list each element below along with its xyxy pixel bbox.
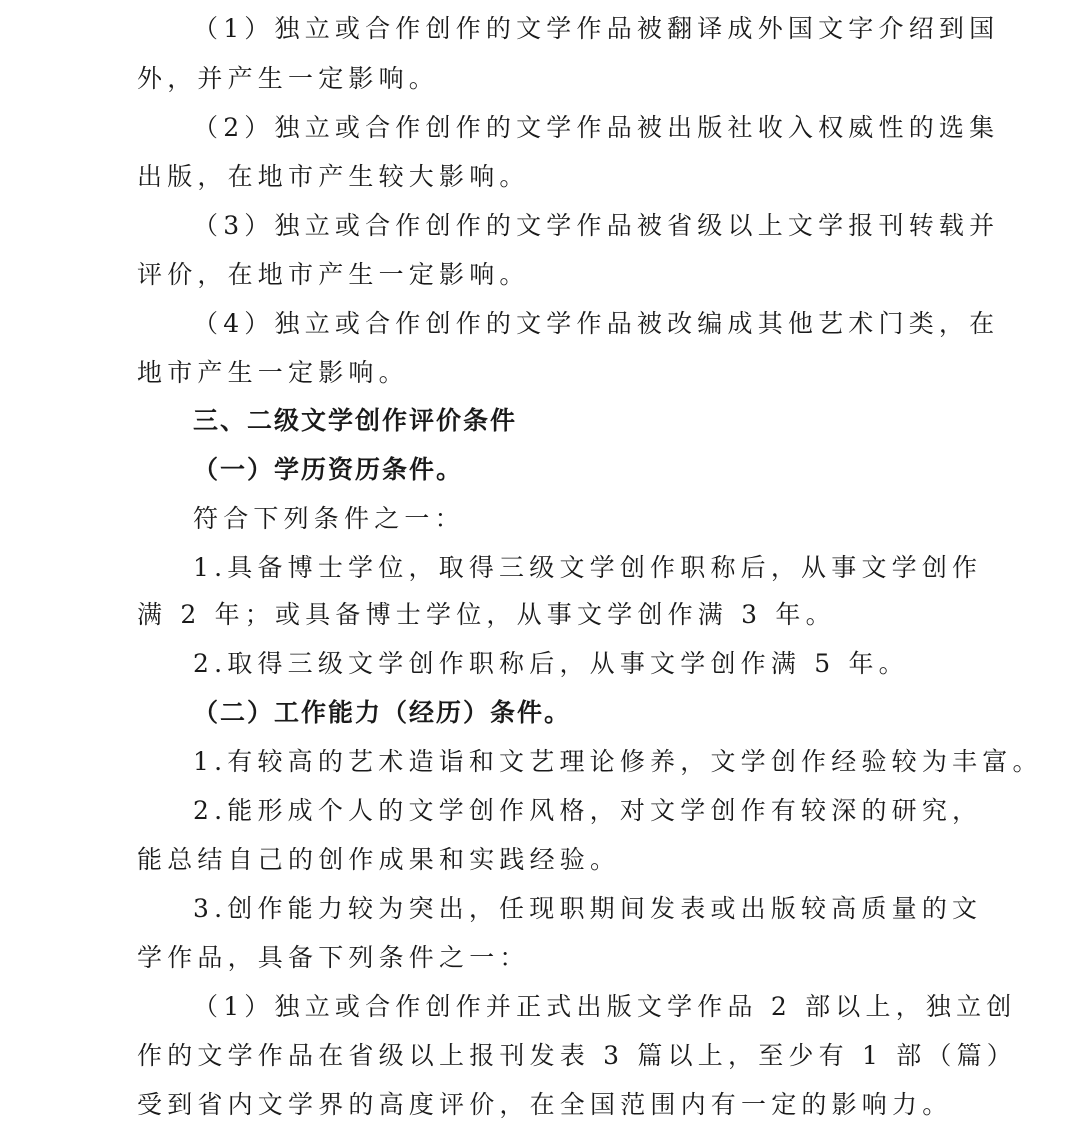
condition-2: 2.取得三级文学创作职称后，从事文学创作满 5 年。 bbox=[193, 649, 909, 679]
item-1-line-1: （1）独立或合作创作的文学作品被翻译成外国文字介绍到国 bbox=[193, 14, 999, 44]
subsection-heading-1: （一）学历资历条件。 bbox=[193, 455, 463, 485]
ability-2-line-2: 能总结自己的创作成果和实践经验。 bbox=[137, 845, 620, 875]
ability-2-line-1: 2.能形成个人的文学创作风格，对文学创作有较深的研究， bbox=[193, 796, 982, 826]
document-page: （1）独立或合作创作的文学作品被翻译成外国文字介绍到国 外，并产生一定影响。 （… bbox=[0, 0, 1080, 1124]
item-4-line-2: 地市产生一定影响。 bbox=[137, 358, 409, 388]
ability-3-sub-1-line-3: 受到省内文学界的高度评价，在全国范围内有一定的影响力。 bbox=[137, 1090, 952, 1120]
item-3-line-2: 评价，在地市产生一定影响。 bbox=[137, 260, 530, 290]
ability-3-sub-1-line-2: 作的文学作品在省级以上报刊发表 3 篇以上，至少有 1 部（篇） bbox=[137, 1041, 1017, 1071]
condition-intro: 符合下列条件之一： bbox=[193, 504, 465, 534]
condition-1-line-2: 满 2 年；或具备博士学位，从事文学创作满 3 年。 bbox=[137, 600, 836, 630]
condition-1-line-1: 1.具备博士学位，取得三级文学创作职称后，从事文学创作 bbox=[193, 553, 982, 583]
subsection-heading-2: （二）工作能力（经历）条件。 bbox=[193, 698, 571, 728]
item-1-line-2: 外，并产生一定影响。 bbox=[137, 64, 439, 94]
ability-3-line-1: 3.创作能力较为突出，任现职期间发表或出版较高质量的文 bbox=[193, 894, 982, 924]
item-2-line-2: 出版，在地市产生较大影响。 bbox=[137, 162, 530, 192]
section-heading: 三、二级文学创作评价条件 bbox=[193, 406, 517, 436]
item-4-line-1: （4）独立或合作创作的文学作品被改编成其他艺术门类，在 bbox=[193, 309, 999, 339]
ability-1: 1.有较高的艺术造诣和文艺理论修养，文学创作经验较为丰富。 bbox=[193, 747, 1043, 777]
ability-3-line-2: 学作品，具备下列条件之一： bbox=[137, 943, 530, 973]
item-2-line-1: （2）独立或合作创作的文学作品被出版社收入权威性的选集 bbox=[193, 113, 999, 143]
ability-3-sub-1-line-1: （1）独立或合作创作并正式出版文学作品 2 部以上，独立创 bbox=[193, 992, 1017, 1022]
item-3-line-1: （3）独立或合作创作的文学作品被省级以上文学报刊转载并 bbox=[193, 211, 999, 241]
